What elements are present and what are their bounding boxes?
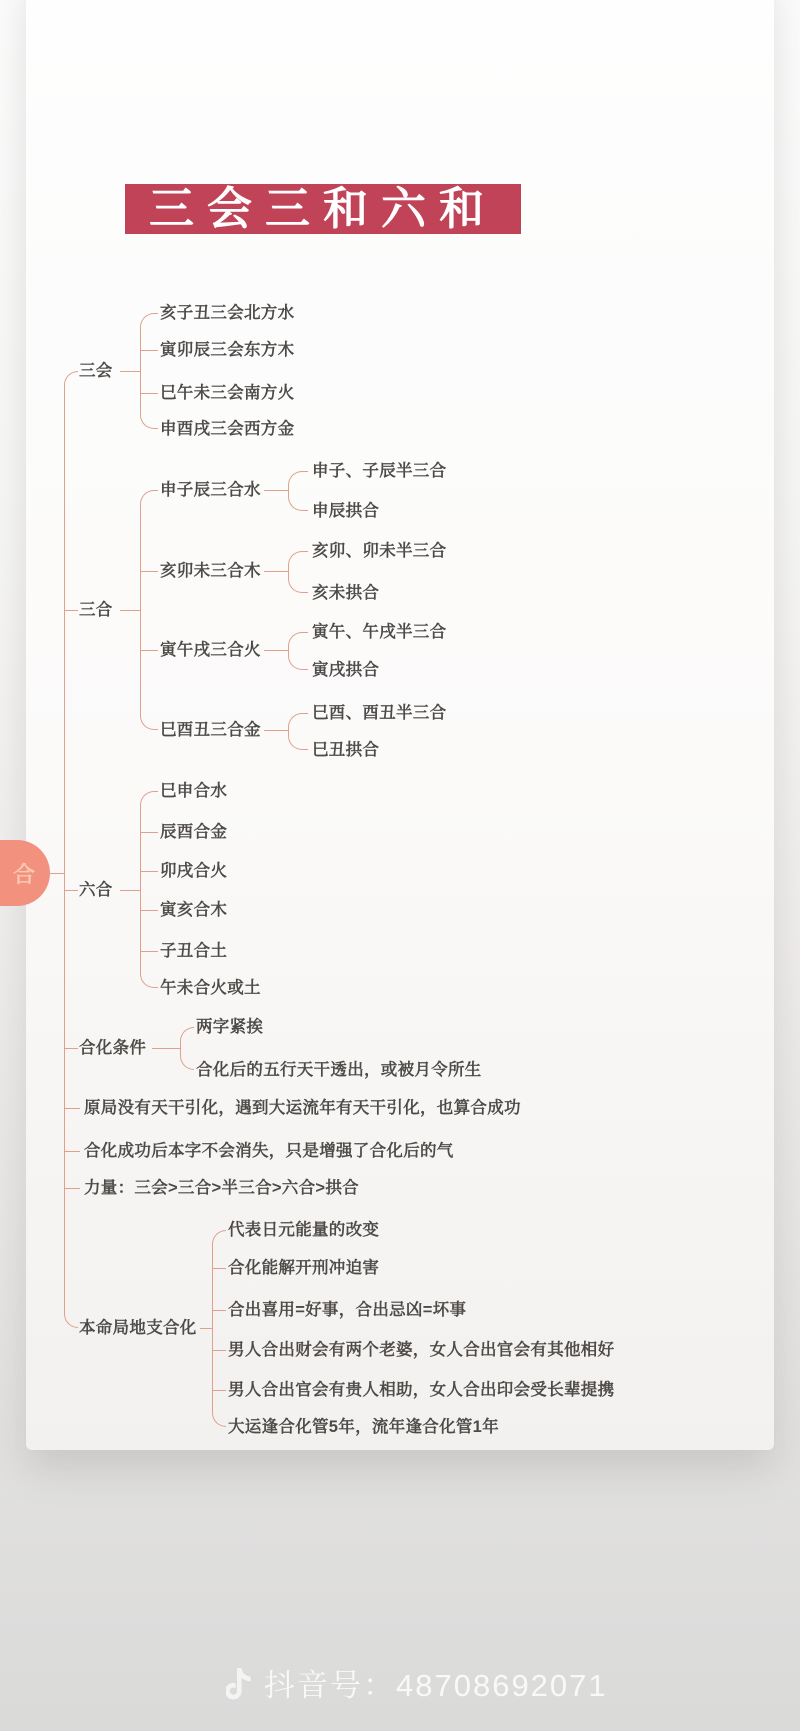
connector <box>141 350 158 351</box>
connector <box>65 1108 80 1109</box>
node-yinwuxu: 寅午戌三合火 <box>160 642 261 659</box>
connector <box>152 1048 180 1049</box>
mindmap-leaf: 巳午未三会南方火 <box>160 385 294 402</box>
node-sanhui: 三会 <box>79 363 113 380</box>
page-title: 三会三和六和 <box>125 184 521 234</box>
connector-bracket <box>288 551 308 593</box>
connector <box>213 1390 226 1391</box>
connector <box>65 1188 80 1189</box>
mindmap-leaf: 巳酉、酉丑半三合 <box>312 705 446 722</box>
node-note-liliang: 力量：三会>三合>半三合>六合>拱合 <box>84 1180 359 1197</box>
douyin-note-icon <box>226 1666 252 1700</box>
watermark-text: 抖音号：48708692071 <box>264 1660 608 1705</box>
node-haimaowei: 亥卯未三合木 <box>160 563 261 580</box>
mindmap-leaf: 亥卯、卯未半三合 <box>312 543 446 560</box>
mindmap-leaf: 两字紧挨 <box>196 1019 263 1036</box>
node-shenzichen: 申子辰三合水 <box>160 482 261 499</box>
mindmap-leaf: 辰酉合金 <box>160 824 227 841</box>
connector <box>264 490 288 491</box>
connector <box>46 873 65 874</box>
watermark: 抖音号：48708692071 <box>226 1660 608 1705</box>
connector <box>141 650 158 651</box>
connector <box>120 890 140 891</box>
connector <box>65 1048 78 1049</box>
connector <box>141 832 158 833</box>
mindmap-leaf: 寅午、午戌半三合 <box>312 624 446 641</box>
mindmap-leaf: 申酉戌三会西方金 <box>160 421 294 438</box>
mindmap-leaf: 申辰拱合 <box>312 503 379 520</box>
node-benmingju: 本命局地支合化 <box>79 1320 197 1337</box>
connector-bracket <box>288 713 308 750</box>
connector <box>141 871 158 872</box>
connector <box>141 951 158 952</box>
connector <box>65 610 78 611</box>
node-liuhe: 六合 <box>79 882 113 899</box>
connector-trunk-bracket <box>64 371 78 1328</box>
connector <box>264 571 288 572</box>
mindmap-leaf: 寅戌拱合 <box>312 662 379 679</box>
node-hehua-tiaojian: 合化条件 <box>79 1040 146 1057</box>
connector-bracket <box>288 471 308 511</box>
node-siyouchou: 巳酉丑三合金 <box>160 722 261 739</box>
mindmap-leaf: 卯戌合火 <box>160 863 227 880</box>
connector-bracket <box>180 1027 194 1070</box>
connector <box>65 1151 80 1152</box>
connector-bracket <box>140 313 158 429</box>
node-note-benzi: 合化成功后本字不会消失，只是增强了合化后的气 <box>84 1143 454 1160</box>
screenshot-page: 三会三和六和 合 三会 亥子丑三会北方水 寅卯辰三会东方木 巳午未三会南方火 申… <box>0 0 800 1731</box>
mindmap-leaf: 寅卯辰三会东方木 <box>160 342 294 359</box>
mindmap-leaf: 巳申合水 <box>160 783 227 800</box>
mindmap-leaf: 合出喜用=好事，合出忌凶=坏事 <box>228 1302 466 1319</box>
mindmap-leaf: 大运逢合化管5年，流年逢合化管1年 <box>228 1419 499 1436</box>
mindmap-root-label: 合 <box>13 858 35 889</box>
mindmap-leaf: 合化后的五行天干透出，或被月令所生 <box>196 1062 482 1079</box>
mindmap-leaf: 申子、子辰半三合 <box>312 463 446 480</box>
mindmap-leaf: 代表日元能量的改变 <box>228 1222 379 1239</box>
node-sanhe: 三合 <box>79 602 113 619</box>
mindmap-leaf: 合化能解开刑冲迫害 <box>228 1260 379 1277</box>
connector <box>213 1310 226 1311</box>
connector <box>200 1328 212 1329</box>
connector <box>264 730 288 731</box>
mindmap-leaf: 午未合火或土 <box>160 980 261 997</box>
connector-bracket <box>212 1230 226 1427</box>
mindmap-leaf: 寅亥合木 <box>160 902 227 919</box>
connector-bracket <box>140 791 158 988</box>
connector-bracket <box>288 632 308 670</box>
mindmap-leaf: 巳丑拱合 <box>312 742 379 759</box>
mindmap-leaf: 男人合出官会有贵人相助，女人合出印会受长辈提携 <box>228 1382 614 1399</box>
connector <box>264 650 288 651</box>
mindmap-leaf: 子丑合土 <box>160 943 227 960</box>
connector <box>141 393 158 394</box>
connector-bracket <box>140 490 158 730</box>
connector <box>213 1268 226 1269</box>
connector <box>213 1350 226 1351</box>
mindmap-leaf: 亥子丑三会北方水 <box>160 305 294 322</box>
node-note-yinhua: 原局没有天干引化，遇到大运流年有天干引化，也算合成功 <box>84 1100 521 1117</box>
mindmap-leaf: 男人合出财会有两个老婆，女人合出官会有其他相好 <box>228 1342 614 1359</box>
mindmap-leaf: 亥未拱合 <box>312 585 379 602</box>
connector <box>141 910 158 911</box>
connector <box>120 371 140 372</box>
connector <box>141 571 158 572</box>
connector <box>65 890 78 891</box>
connector <box>120 610 140 611</box>
